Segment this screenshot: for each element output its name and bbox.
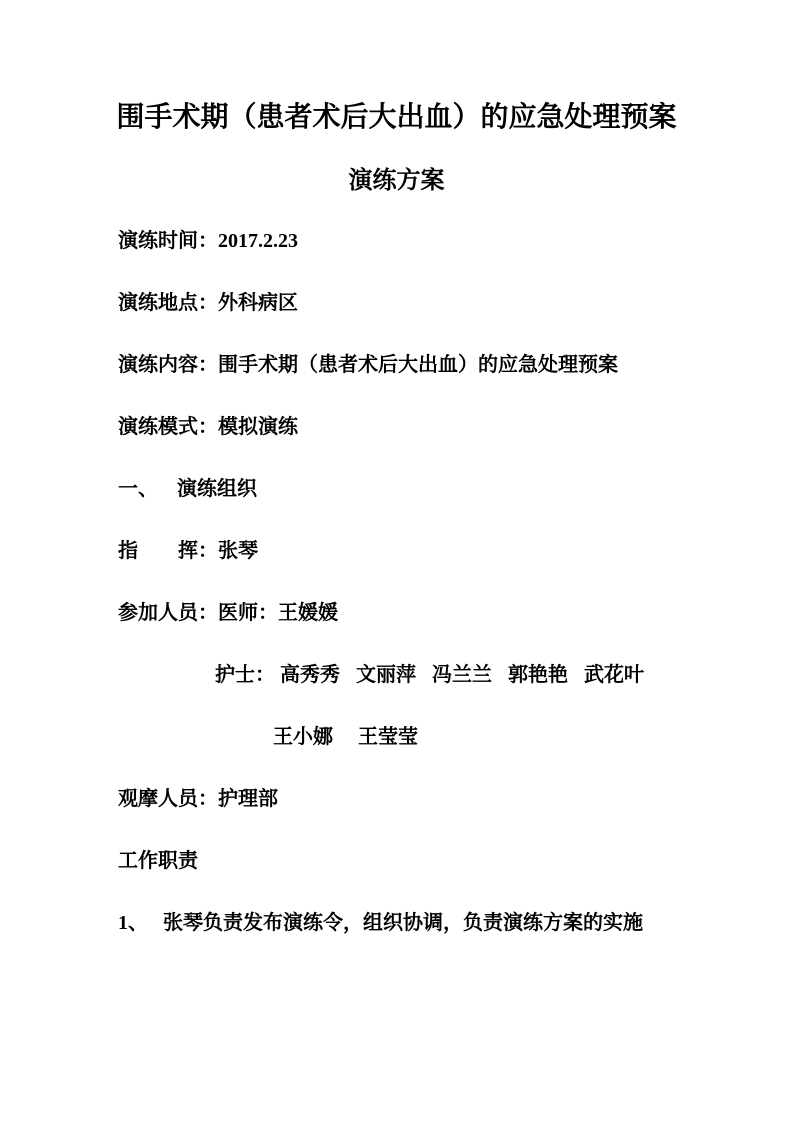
duty-item-text: 张琴负责发布演练令，组织协调，负责演练方案的实施 [163, 912, 643, 934]
participants-line: 参加人员：医师：王媛媛 [118, 603, 675, 623]
document-subtitle: 演练方案 [0, 168, 793, 194]
nurses-line-2: 王小娜王莹莹 [273, 727, 675, 747]
section-title: 演练组织 [177, 478, 257, 500]
nurse-name: 高秀秀 [280, 665, 340, 685]
document-page: 围手术期（患者术后大出血）的应急处理预案 演练方案 演练时间：2017.2.23… [0, 0, 793, 1122]
drill-location-value: 外科病区 [218, 292, 298, 314]
document-body: 演练时间：2017.2.23 演练地点：外科病区 演练内容：围手术期（患者术后大… [118, 231, 675, 933]
observer-line: 观摩人员：护理部 [118, 789, 675, 809]
observer-label: 观摩人员： [118, 788, 218, 810]
doctor-name: 王媛媛 [278, 602, 338, 624]
doctor-label: 医师： [218, 602, 278, 624]
observer-name: 护理部 [218, 788, 278, 810]
nurses-line-1: 护士：高秀秀文丽萍冯兰兰郭艳艳武花叶 [215, 665, 675, 685]
commander-label: 指 挥： [118, 540, 218, 562]
commander-name: 张琴 [218, 540, 258, 562]
nurse-name: 冯兰兰 [432, 665, 492, 685]
nurse-label: 护士： [215, 665, 275, 685]
drill-content-value: 围手术期（患者术后大出血）的应急处理预案 [218, 354, 618, 376]
meta-line-location: 演练地点：外科病区 [118, 293, 675, 313]
duties-heading: 工作职责 [118, 851, 675, 871]
drill-location-label: 演练地点： [118, 292, 218, 314]
drill-mode-value: 模拟演练 [218, 416, 298, 438]
nurse-name: 郭艳艳 [508, 665, 568, 685]
meta-line-content: 演练内容：围手术期（患者术后大出血）的应急处理预案 [118, 355, 675, 375]
meta-line-mode: 演练模式：模拟演练 [118, 417, 675, 437]
nurse-name: 王莹莹 [358, 727, 418, 747]
section-heading: 一、演练组织 [118, 479, 675, 499]
drill-content-label: 演练内容： [118, 354, 218, 376]
drill-time-label: 演练时间： [118, 230, 218, 252]
meta-line-time: 演练时间：2017.2.23 [118, 231, 675, 251]
commander-line: 指 挥：张琴 [118, 541, 675, 561]
duty-item-1: 1、张琴负责发布演练令，组织协调，负责演练方案的实施 [118, 913, 675, 933]
section-number: 一、 [118, 479, 177, 499]
nurse-name: 武花叶 [584, 665, 644, 685]
document-title: 围手术期（患者术后大出血）的应急处理预案 [0, 103, 793, 133]
drill-time-value: 2017.2.23 [218, 230, 298, 252]
participants-label: 参加人员： [118, 602, 218, 624]
duty-item-number: 1、 [118, 913, 163, 933]
drill-mode-label: 演练模式： [118, 416, 218, 438]
nurse-name: 文丽萍 [356, 665, 416, 685]
nurse-name: 王小娜 [273, 727, 333, 747]
